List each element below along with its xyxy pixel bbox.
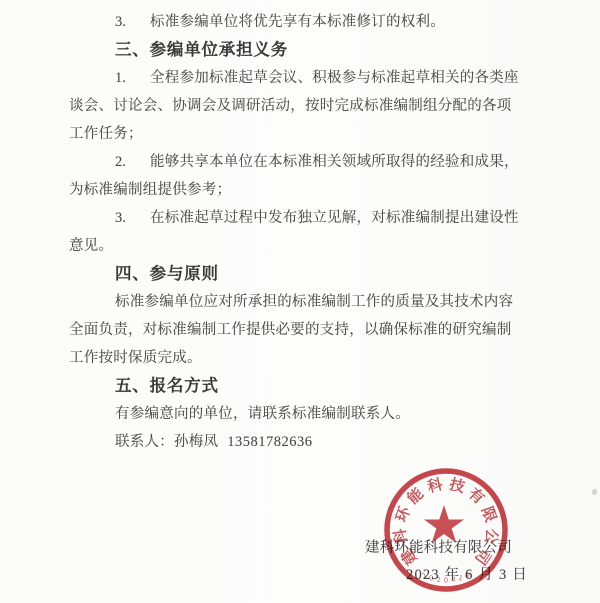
line-text: 全程参加标准起草会议、积极参与标准起草相关的各类座: [150, 70, 519, 86]
seal-arc-char: 科: [424, 475, 445, 497]
paragraph-line: 工作按时保质完成。: [69, 344, 539, 372]
list-item: 1.全程参加标准起草会议、积极参与标准起草相关的各类座: [69, 64, 539, 92]
document-page: 3.标准参编单位将优先享有本标准修订的权利。 三、参编单位承担义务 1.全程参加…: [0, 0, 600, 603]
document-body: 3.标准参编单位将优先享有本标准修订的权利。 三、参编单位承担义务 1.全程参加…: [69, 8, 539, 456]
line-text: 能够共享本单位在本标准相关领域所取得的经验和成果，: [150, 154, 519, 170]
paragraph-line: 有参编意向的单位，请联系标准编制联系人。: [69, 400, 539, 428]
line-text: 标准参编单位将优先享有本标准修订的权利。: [150, 14, 445, 30]
section-heading: 五、报名方式: [69, 372, 539, 400]
list-item: 2.能够共享本单位在本标准相关领域所取得的经验和成果，: [69, 148, 539, 176]
company-signature: 建科环能科技有限公司: [365, 538, 512, 558]
section-heading: 四、参与原则: [69, 260, 539, 288]
seal-arc-char: 环: [392, 503, 414, 524]
item-number: 1.: [115, 64, 150, 92]
item-number: 3.: [115, 204, 150, 232]
paragraph-line: 谈会、讨论会、协调会及调研活动，按时完成标准编制组分配的各项: [69, 92, 539, 120]
paragraph-line: 全面负责，对标准编制工作提供必要的支持，以确保标准的研究编制: [69, 316, 539, 344]
seal-arc-char: 技: [447, 475, 467, 496]
contact-phone: 13581782636: [227, 434, 312, 450]
contact-name: 联系人：孙梅凤: [115, 434, 218, 450]
seal-arc-char: 有: [465, 484, 488, 507]
signature-date: 2023 年 6 月 3 日: [406, 565, 528, 585]
paragraph-line: 标准参编单位应对所承担的标准编制工作的质量及其技术内容: [69, 288, 539, 316]
list-item: 3.在标准起草过程中发布独立见解，对标准编制提出建设性: [69, 204, 539, 232]
paragraph-line: 为标准编制组提供参考；: [69, 176, 539, 204]
line-text: 在标准起草过程中发布独立见解，对标准编制提出建设性: [150, 210, 519, 226]
seal-arc-char: 限: [478, 504, 500, 524]
list-item: 3.标准参编单位将优先享有本标准修订的权利。: [69, 8, 539, 36]
contact-line: 联系人：孙梅凤13581782636: [69, 428, 539, 456]
item-number: 3.: [115, 8, 150, 36]
scan-artifact: [591, 488, 598, 496]
seal-arc-char: 能: [404, 484, 427, 507]
paragraph-line: 意见。: [69, 232, 539, 260]
section-heading: 三、参编单位承担义务: [69, 36, 539, 64]
item-number: 2.: [115, 148, 150, 176]
paragraph-line: 工作任务；: [69, 120, 539, 148]
